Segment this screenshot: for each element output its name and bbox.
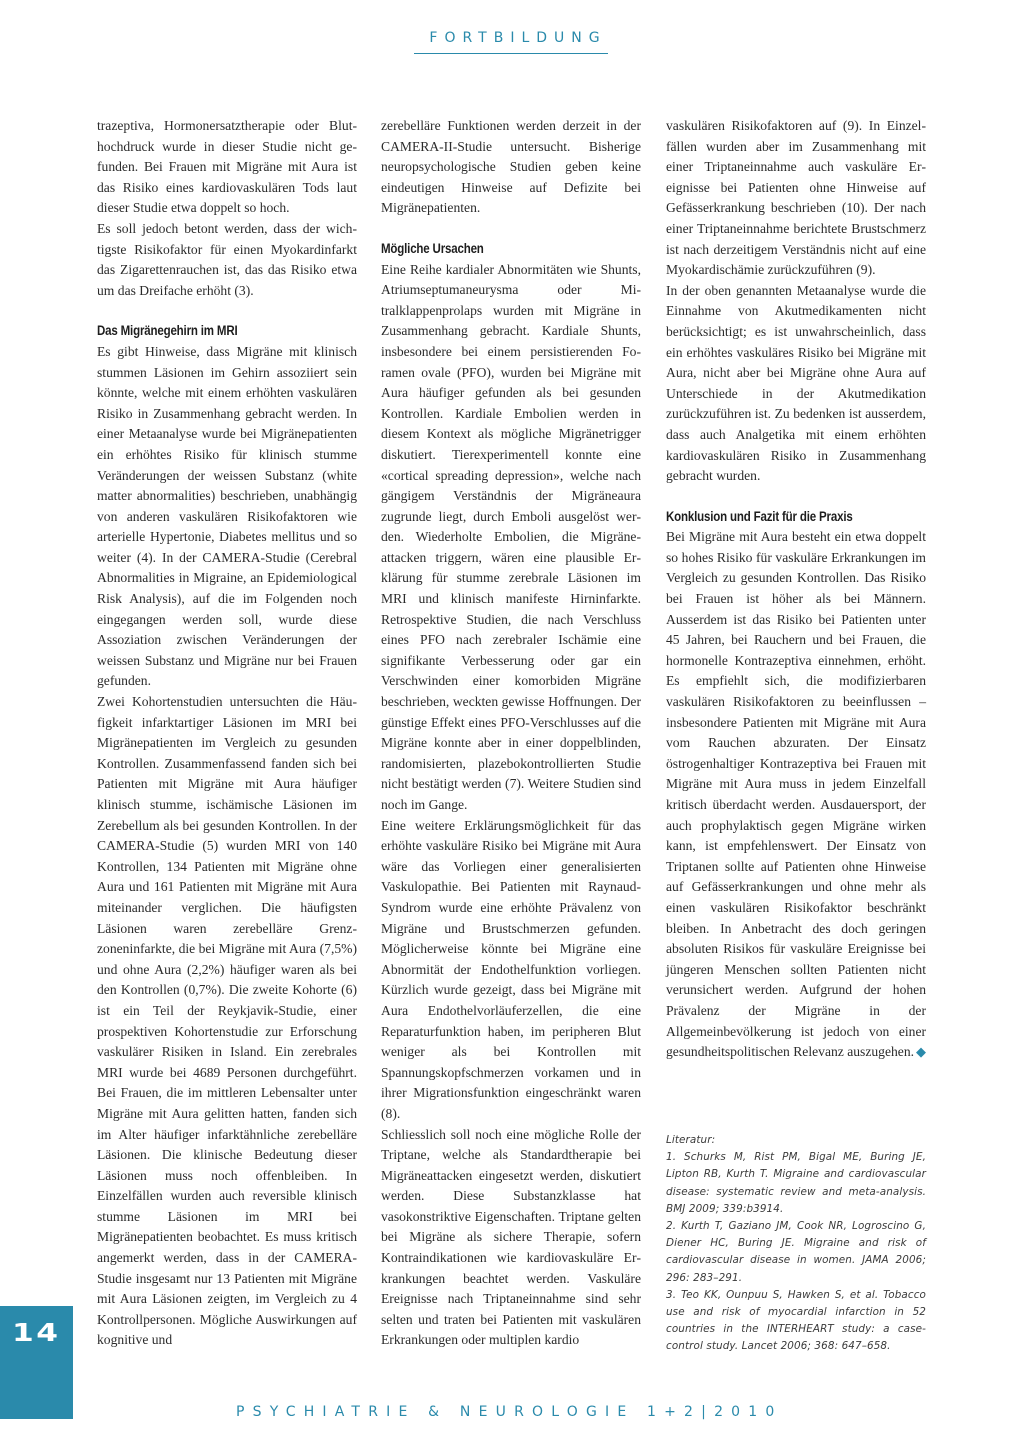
section-heading: Mögliche Ursachen <box>381 239 605 260</box>
paragraph: trazeptiva, Hormonersatztherapie oder Bl… <box>97 116 357 219</box>
literature-heading: Literatur: <box>666 1132 926 1149</box>
end-of-article-diamond-icon: ◆ <box>916 1042 926 1063</box>
paragraph: Schliesslich soll noch eine mögliche Rol… <box>381 1125 641 1352</box>
paragraph: Zwei Kohortenstudien untersuchten die Hä… <box>97 692 357 1351</box>
page-number-box: 14 <box>0 1306 73 1419</box>
paragraph: Bei Migräne mit Aura besteht ein etwa do… <box>666 527 926 1062</box>
section-header: FORTBILDUNG <box>412 30 617 46</box>
column-1: trazeptiva, Hormonersatztherapie oder Bl… <box>97 116 357 1351</box>
section-heading: Konklusion und Fazit für die Praxis <box>666 507 890 528</box>
literature-list: Literatur: 1. Schurks M, Rist PM, Bigal … <box>666 1132 926 1356</box>
section-heading: Das Migränegehirn im MRI <box>97 321 321 342</box>
reference-item: 2. Kurth T, Gaziano JM, Cook NR, Logrosc… <box>666 1218 926 1287</box>
header-rule <box>414 53 608 54</box>
column-2: zerebelläre Funktionen werden derzeit in… <box>381 116 641 1351</box>
journal-footer: PSYCHIATRIE & NEUROLOGIE 1+2|2010 <box>236 1404 796 1420</box>
reference-item: 1. Schurks M, Rist PM, Bigal ME, Buring … <box>666 1149 926 1218</box>
paragraph: Eine weitere Erklärungsmöglichkeit für d… <box>381 816 641 1125</box>
paragraph: zerebelläre Funktionen werden derzeit in… <box>381 116 641 219</box>
paragraph: vaskulären Risikofaktoren auf (9). In Ei… <box>666 116 926 281</box>
paragraph: Es gibt Hinweise, dass Migräne mit klini… <box>97 342 357 692</box>
paragraph: Eine Reihe kardialer Abnormitäten wie Sh… <box>381 260 641 816</box>
reference-item: 3. Teo KK, Ounpuu S, Hawken S, et al. To… <box>666 1287 926 1356</box>
paragraph: Es soll jedoch betont werden, dass der w… <box>97 219 357 301</box>
conclusion-text: Bei Migräne mit Aura besteht ein etwa do… <box>666 529 926 1059</box>
column-3: vaskulären Risikofaktoren auf (9). In Ei… <box>666 116 926 1063</box>
page-number: 14 <box>12 1318 60 1347</box>
paragraph: In der oben genannten Metaanalyse wurde … <box>666 281 926 487</box>
